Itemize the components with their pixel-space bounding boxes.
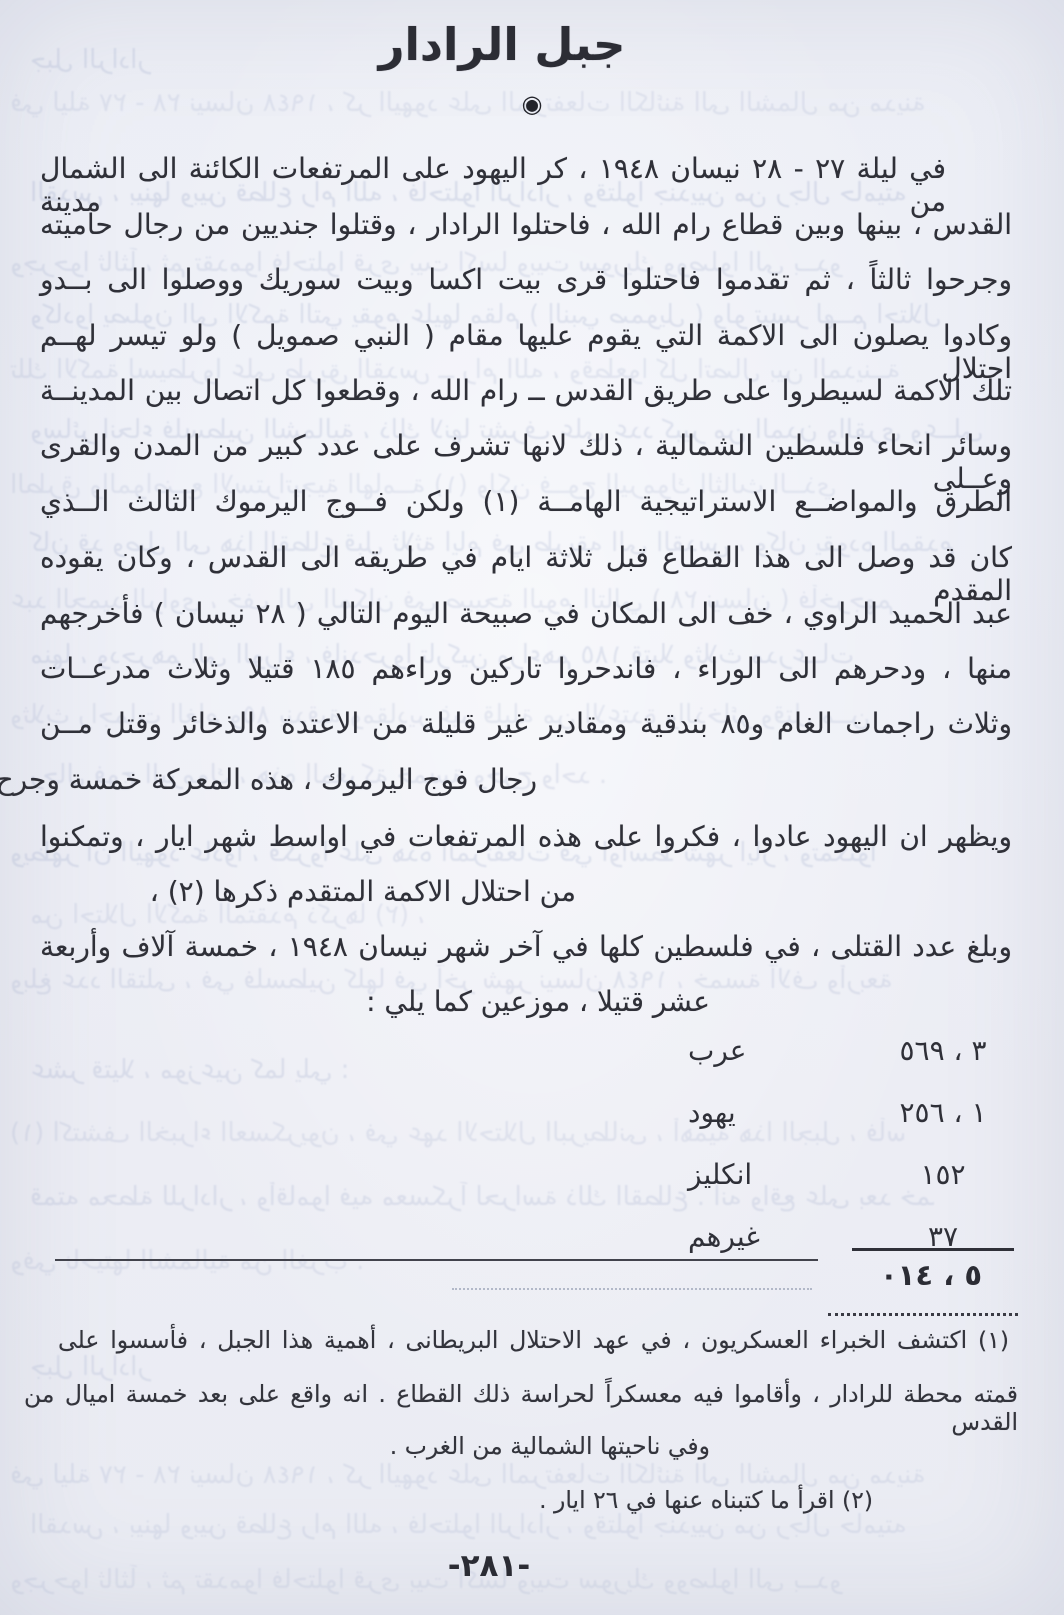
page-number: -٢٨١- (0, 1548, 978, 1584)
footnote-separator-ghost (452, 1288, 812, 1290)
body-line: عبد الحميد الراوي ، خف الى المكان في صبي… (40, 597, 1012, 641)
footnote-line: (٢) اقرأ ما كتبناه عنها في ٢٦ ايار . (539, 1486, 873, 1524)
total-underline (828, 1313, 1018, 1316)
casualty-group: يهود (688, 1096, 736, 1129)
scanned-book-page: { "page": { "title": "جبل الرادار", "orn… (0, 0, 1064, 1615)
casualty-count: ١٥٢ (868, 1158, 1018, 1191)
body-line: وثلاث راجمات الغام و٨٥ بندقية ومقادير غي… (40, 707, 1012, 751)
body-line: وسائر انحاء فلسطين الشمالية ، ذلك لانها … (40, 429, 1012, 473)
footnote-line: قمته محطة للرادار ، وأقاموا فيه معسكراً … (24, 1380, 1018, 1418)
table-row: ١ ، ٢٥٦ يهود (688, 1092, 1018, 1132)
ornament-icon: ◉ (0, 90, 1064, 118)
body-line: ويظهر ان اليهود عادوا ، فكروا على هذه ال… (40, 820, 1012, 864)
body-line: في ليلة ٢٧ - ٢٨ نيسان ١٩٤٨ ، كر اليهود ع… (40, 152, 946, 196)
body-line: القدس ، بينها وبين قطاع رام الله ، فاحتل… (40, 208, 1012, 252)
body-line: من احتلال الاكمة المتقدم ذكرها (٢) ، (150, 875, 576, 919)
page-title: جبل الرادار (0, 18, 1004, 71)
body-line: كان قد وصل الى هذا القطاع قبل ثلاثة ايام… (40, 541, 1012, 585)
footnote-separator-rule (55, 1259, 818, 1261)
body-line: وجرحوا ثالثاً ، ثم تقدموا فاحتلوا قرى بي… (40, 263, 1012, 307)
casualty-count: ٣ ، ٥٦٩ (868, 1034, 1018, 1067)
body-line: عشر قتيلا ، موزعين كما يلي : (366, 985, 710, 1029)
body-line: وكادوا يصلون الى الاكمة التي يقوم عليها … (40, 319, 1012, 363)
table-row: ١٥٢ انكليز (688, 1154, 1018, 1194)
body-line: رجال فوج اليرموك ، هذه المعركة خمسة وجرح… (0, 763, 537, 807)
footnote-line: وفي ناحيتها الشمالية من الغرب . (390, 1432, 710, 1470)
body-line: تلك الاكمة لسيطروا على طريق القدس ــ رام… (40, 374, 1012, 418)
casualty-group: عرب (688, 1034, 747, 1067)
body-line: وبلغ عدد القتلى ، في فلسطين كلها في آخر … (40, 930, 1012, 974)
casualty-group: انكليز (688, 1158, 752, 1191)
casualty-count: ١ ، ٢٥٦ (868, 1096, 1018, 1129)
body-line: منها ، ودحرهم الى الوراء ، فاندحروا تارك… (40, 652, 1012, 696)
table-sum-rule (852, 1248, 1014, 1251)
footnote-line: (١) اكتشف الخبراء العسكريون ، في عهد الا… (58, 1326, 1009, 1364)
table-row: ٣ ، ٥٦٩ عرب (688, 1030, 1018, 1070)
casualties-total: ٥ ، ٠١٤ (846, 1258, 1016, 1292)
body-line: الطرق والمواضــع الاستراتيجية الهامــة (… (40, 485, 1012, 529)
casualty-group: غيرهم (688, 1220, 760, 1253)
